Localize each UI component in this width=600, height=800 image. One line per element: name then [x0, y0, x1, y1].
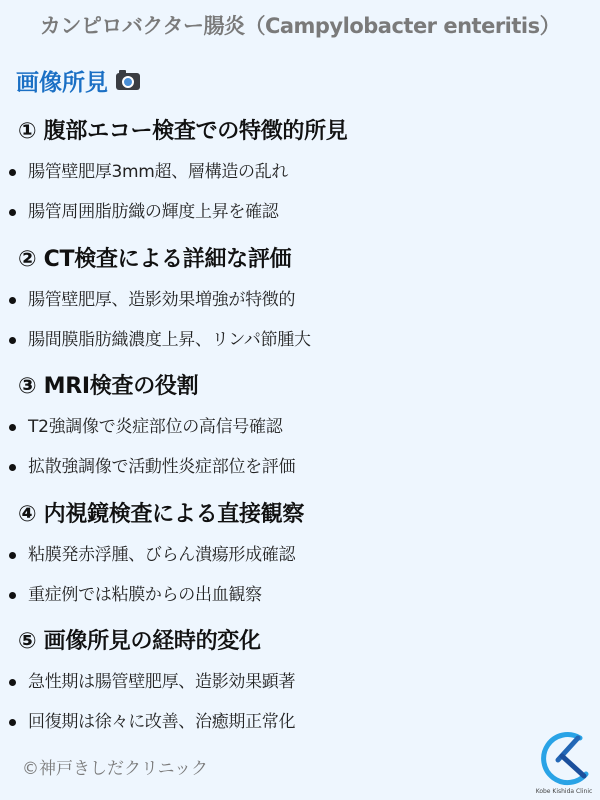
bullet-icon — [9, 592, 16, 599]
bullet-icon — [9, 424, 16, 431]
clinic-logo: Kobe Kishida Clinic — [536, 730, 592, 796]
list-item-text: 回復期は徐々に改善、治癒期正常化 — [28, 712, 295, 732]
bullet-list: 急性期は腸管壁肥厚、造影効果顕著 回復期は徐々に改善、治癒期正常化 — [0, 662, 295, 742]
bullet-list: 腸管壁肥厚3mm超、層構造の乱れ 腸管周囲脂肪織の輝度上昇を確認 — [0, 152, 348, 232]
finding-block-endoscopy: ④ 内視鏡検査による直接観察 粘膜発赤浮腫、びらん潰瘍形成確認 重症例では粘膜か… — [0, 495, 304, 615]
camera-icon — [116, 73, 140, 90]
bullet-icon — [9, 297, 16, 304]
list-item-text: T2強調像で炎症部位の高信号確認 — [28, 417, 282, 437]
section-heading: 画像所見 — [16, 64, 140, 97]
list-item: T2強調像で炎症部位の高信号確認 — [0, 407, 295, 447]
copyright-text: ©神戸きしだクリニック — [22, 754, 208, 779]
list-item: 回復期は徐々に改善、治癒期正常化 — [0, 702, 295, 742]
list-item-text: 腸管周囲脂肪織の輝度上昇を確認 — [28, 202, 279, 222]
clinic-logo-icon — [536, 730, 592, 788]
list-item-text: 腸管壁肥厚、造影効果増強が特徴的 — [28, 290, 295, 310]
finding-block-time-course: ⑤ 画像所見の経時的変化 急性期は腸管壁肥厚、造影効果顕著 回復期は徐々に改善、… — [0, 622, 295, 742]
logo-text: Kobe Kishida Clinic — [530, 788, 598, 795]
list-item-text: 急性期は腸管壁肥厚、造影効果顕著 — [28, 672, 295, 692]
list-item-text: 腸管壁肥厚3mm超、層構造の乱れ — [28, 162, 288, 182]
bullet-icon — [9, 719, 16, 726]
bullet-icon — [9, 464, 16, 471]
bullet-list: 腸管壁肥厚、造影効果増強が特徴的 腸間膜脂肪織濃度上昇、リンパ節腫大 — [0, 280, 311, 360]
section-heading-label: 画像所見 — [16, 64, 108, 97]
list-item: 腸間膜脂肪織濃度上昇、リンパ節腫大 — [0, 320, 311, 360]
list-item-text: 腸間膜脂肪織濃度上昇、リンパ節腫大 — [28, 330, 311, 350]
list-item: 粘膜発赤浮腫、びらん潰瘍形成確認 — [0, 535, 304, 575]
bullet-icon — [9, 169, 16, 176]
block-heading: ① 腹部エコー検査での特徴的所見 — [0, 112, 348, 152]
finding-block-mri: ③ MRI検査の役割 T2強調像で炎症部位の高信号確認 拡散強調像で活動性炎症部… — [0, 367, 295, 487]
block-heading: ④ 内視鏡検査による直接観察 — [0, 495, 304, 535]
list-item: 拡散強調像で活動性炎症部位を評価 — [0, 447, 295, 487]
list-item-text: 拡散強調像で活動性炎症部位を評価 — [28, 457, 295, 477]
page-title: カンピロバクター腸炎（Campylobacter enteritis） — [0, 10, 600, 40]
bullet-icon — [9, 679, 16, 686]
block-heading: ② CT検査による詳細な評価 — [0, 240, 311, 280]
block-heading: ⑤ 画像所見の経時的変化 — [0, 622, 295, 662]
list-item: 腸管壁肥厚3mm超、層構造の乱れ — [0, 152, 348, 192]
list-item: 腸管周囲脂肪織の輝度上昇を確認 — [0, 192, 348, 232]
list-item: 急性期は腸管壁肥厚、造影効果顕著 — [0, 662, 295, 702]
bullet-list: T2強調像で炎症部位の高信号確認 拡散強調像で活動性炎症部位を評価 — [0, 407, 295, 487]
list-item: 腸管壁肥厚、造影効果増強が特徴的 — [0, 280, 311, 320]
list-item-text: 粘膜発赤浮腫、びらん潰瘍形成確認 — [28, 545, 295, 565]
block-heading: ③ MRI検査の役割 — [0, 367, 295, 407]
list-item-text: 重症例では粘膜からの出血観察 — [28, 585, 262, 605]
bullet-icon — [9, 209, 16, 216]
finding-block-ct: ② CT検査による詳細な評価 腸管壁肥厚、造影効果増強が特徴的 腸間膜脂肪織濃度… — [0, 240, 311, 360]
list-item: 重症例では粘膜からの出血観察 — [0, 575, 304, 615]
bullet-icon — [9, 337, 16, 344]
bullet-icon — [9, 552, 16, 559]
bullet-list: 粘膜発赤浮腫、びらん潰瘍形成確認 重症例では粘膜からの出血観察 — [0, 535, 304, 615]
finding-block-ultrasound: ① 腹部エコー検査での特徴的所見 腸管壁肥厚3mm超、層構造の乱れ 腸管周囲脂肪… — [0, 112, 348, 232]
